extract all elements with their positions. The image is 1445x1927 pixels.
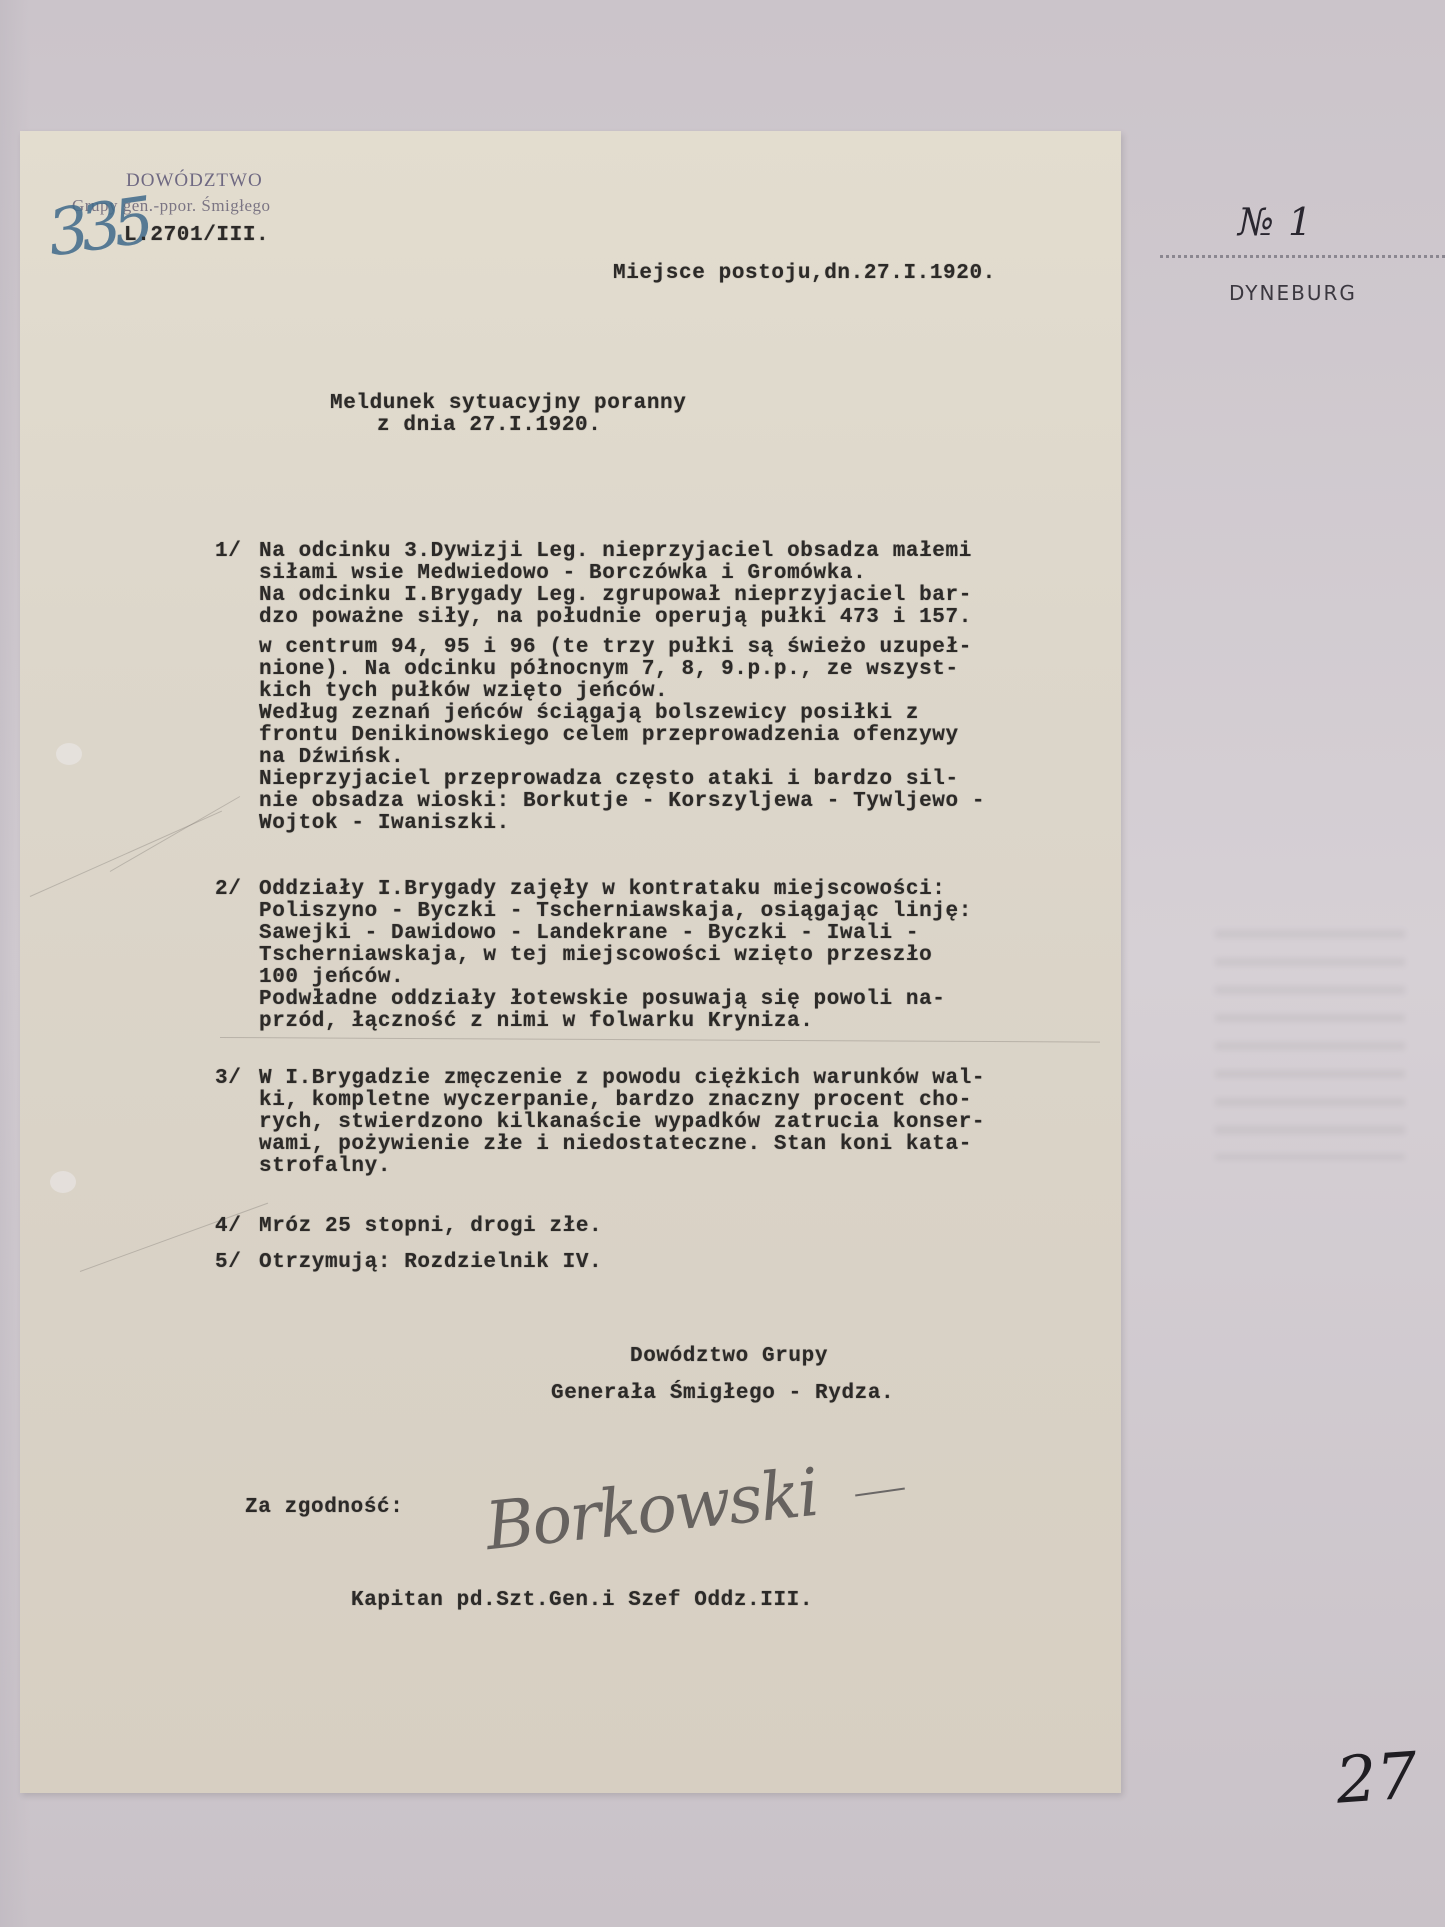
- item-line: Według zeznań jeńców ściągają bolszewicy…: [259, 703, 985, 725]
- item-line: Wojtok - Iwaniszki.: [259, 813, 985, 835]
- item-number: 3/: [215, 1068, 241, 1090]
- city-label: DYNEBURG: [1229, 281, 1357, 305]
- handwritten-signature: Borkowski: [482, 1454, 821, 1565]
- item-line: Tscherniawskaja, w tej miejscowości wzię…: [259, 945, 972, 967]
- item-line: strofalny.: [259, 1156, 985, 1178]
- item-number: 4/: [215, 1216, 241, 1238]
- stamp-title: DOWÓDZTWO: [126, 170, 263, 192]
- command-line-1: Dowództwo Grupy: [630, 1346, 828, 1368]
- item-line: kich tych pułków wzięto jeńców.: [259, 681, 985, 703]
- item-line: Na odcinku 3.Dywizji Leg. nieprzyjaciel …: [259, 541, 985, 563]
- dotted-divider: [1160, 255, 1445, 258]
- report-title: Meldunek sytuacyjny poranny: [330, 393, 686, 415]
- item-number: 2/: [215, 879, 241, 901]
- punch-hole: [50, 1171, 76, 1193]
- item-number: 5/: [215, 1252, 241, 1274]
- item-line: ki, kompletne wyczerpanie, bardzo znaczn…: [259, 1090, 985, 1112]
- show-through-text: [1215, 930, 1405, 1160]
- item-line: frontu Denikinowskiego celem przeprowadz…: [259, 725, 985, 747]
- item-line: Na odcinku I.Brygady Leg. zgrupował niep…: [259, 585, 985, 607]
- book-page: № 1 DYNEBURG 27 DOWÓDZTWO Grupy gen.-ppo…: [0, 0, 1445, 1927]
- item-line: Oddziały I.Brygady zajęły w kontrataku m…: [259, 879, 972, 901]
- command-line-2: Generała Śmigłego - Rydza.: [551, 1383, 894, 1405]
- item-line: siłami wsie Medwiedowo - Borczówka i Gro…: [259, 563, 985, 585]
- item-line: Poliszyno - Byczki - Tscherniawskaja, os…: [259, 901, 972, 923]
- for-conformity-label: Za zgodność:: [245, 1497, 403, 1519]
- item-line: dzo poważne siły, na południe operują pu…: [259, 607, 985, 629]
- item-line: Mróz 25 stopni, drogi złe.: [259, 1216, 602, 1238]
- item-line: na Dźwińsk.: [259, 747, 985, 769]
- paper-crease: [220, 1037, 1100, 1043]
- document-number: № 1: [1238, 200, 1313, 244]
- punch-hole: [56, 743, 82, 765]
- item-line: wami, pożywienie złe i niedostateczne. S…: [259, 1134, 985, 1156]
- page-number: 27: [1334, 1739, 1420, 1819]
- paper-crease: [110, 796, 240, 872]
- item-line: Sawejki - Dawidowo - Landekrane - Byczki…: [259, 923, 972, 945]
- item-line: W I.Brygadzie zmęczenie z powodu ciężkic…: [259, 1068, 985, 1090]
- item-line: nione). Na odcinku północnym 7, 8, 9.p.p…: [259, 659, 985, 681]
- document-sheet: DOWÓDZTWO Grupy gen.-ppor. Śmigłego 335 …: [20, 131, 1121, 1793]
- place-date: Miejsce postoju,dn.27.I.1920.: [613, 263, 996, 285]
- signature-flourish: [855, 1488, 905, 1497]
- item-line: w centrum 94, 95 i 96 (te trzy pułki są …: [259, 637, 985, 659]
- item-number: 1/: [215, 541, 241, 563]
- report-subtitle: z dnia 27.I.1920.: [377, 415, 601, 437]
- item-line: 100 jeńców.: [259, 967, 972, 989]
- item-line: Otrzymują: Rozdzielnik IV.: [259, 1252, 602, 1274]
- reference-number: L.2701/III.: [124, 225, 269, 247]
- item-line: rych, stwierdzono kilkanaście wypadków z…: [259, 1112, 985, 1134]
- item-line: przód, łączność z nimi w folwarku Kryniz…: [259, 1011, 972, 1033]
- officer-title: Kapitan pd.Szt.Gen.i Szef Oddz.III.: [351, 1590, 813, 1612]
- item-line: nie obsadza wioski: Borkutje - Korszylje…: [259, 791, 985, 813]
- item-line: Nieprzyjaciel przeprowadza często ataki …: [259, 769, 985, 791]
- item-line: Podwładne oddziały łotewskie posuwają si…: [259, 989, 972, 1011]
